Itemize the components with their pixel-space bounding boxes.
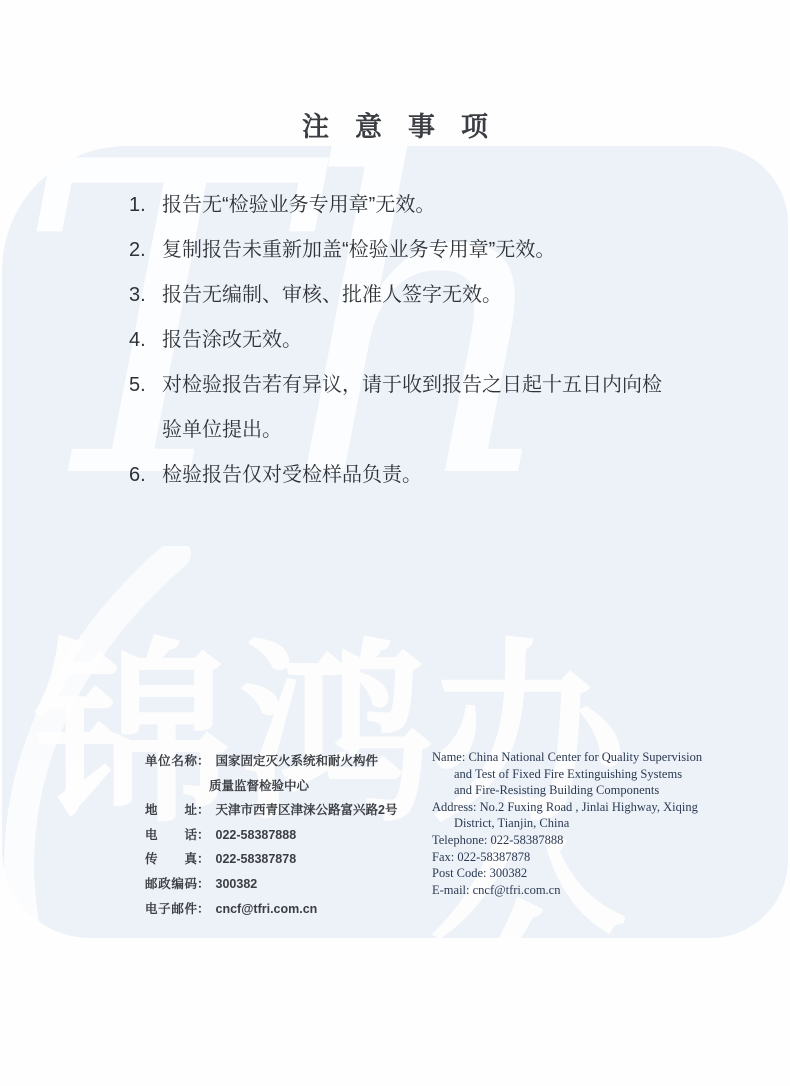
notice-list: 1. 报告无“检验业务专用章”无效。 2. 复制报告未重新加盖“检验业务专用章”… [129, 183, 669, 498]
notice-item: 6. 检验报告仅对受检样品负责。 [129, 453, 669, 498]
notice-text: 对检验报告若有异议，请于收到报告之日起十五日内向检验单位提出。 [162, 363, 669, 453]
contact-row-unit-name: 单位名称： 国家固定灭火系统和耐火构件 [145, 749, 420, 774]
contact-value: 天津市西青区津涞公路富兴路2号 [216, 798, 398, 823]
colon: ： [197, 798, 210, 823]
notice-number: 4. [129, 318, 162, 363]
notice-item: 2. 复制报告未重新加盖“检验业务专用章”无效。 [129, 228, 669, 273]
colon: ： [197, 872, 210, 897]
notice-text: 复制报告未重新加盖“检验业务专用章”无效。 [162, 228, 669, 273]
notice-text: 报告无编制、审核、批准人签字无效。 [162, 273, 669, 318]
contact-row-fax: 传真： 022-58387878 [145, 847, 420, 872]
notice-item: 4. 报告涂改无效。 [129, 318, 669, 363]
contact-row-telephone: 电话： 022-58387888 [145, 823, 420, 848]
contact-row-address: 地址： 天津市西青区津涞公路富兴路2号 [145, 798, 420, 823]
contact-label: 电话 [145, 823, 197, 848]
notice-number: 5. [129, 363, 162, 453]
contact-value: cncf@tfri.com.cn [216, 897, 318, 922]
notice-number: 1. [129, 183, 162, 228]
notice-item: 1. 报告无“检验业务专用章”无效。 [129, 183, 669, 228]
page-title: 注意事项 [0, 105, 790, 144]
contact-row-email: 电子邮件： cncf@tfri.com.cn [145, 897, 420, 922]
contact-label: 电子邮件 [145, 897, 197, 922]
report-notice-page: { "page": { "background": "#fefefe", "pa… [0, 0, 790, 1086]
colon: ： [197, 823, 210, 848]
contact-en-fax: Fax: 022-58387878 [432, 849, 762, 866]
notice-number: 2. [129, 228, 162, 273]
contact-en-address-line2: District, Tianjin, China [432, 815, 762, 832]
contact-en-name-line3: and Fire-Resisting Building Components [432, 782, 762, 799]
contact-en-address-line1: Address: No.2 Fuxing Road , Jinlai Highw… [432, 799, 762, 816]
contact-value: 质量监督检验中心 [209, 774, 309, 799]
colon: ： [197, 897, 210, 922]
contact-info-english: Name: China National Center for Quality … [432, 749, 762, 898]
contact-label: 邮政编码 [145, 872, 197, 897]
contact-en-name-line2: and Test of Fixed Fire Extinguishing Sys… [432, 766, 762, 783]
contact-row-postcode: 邮政编码： 300382 [145, 872, 420, 897]
contact-row-unit-name-cont: 质量监督检验中心 [145, 774, 420, 799]
notice-item: 3. 报告无编制、审核、批准人签字无效。 [129, 273, 669, 318]
notice-text: 检验报告仅对受检样品负责。 [162, 453, 669, 498]
contact-label: 单位名称 [145, 749, 197, 774]
notice-number: 3. [129, 273, 162, 318]
notice-text: 报告无“检验业务专用章”无效。 [162, 183, 669, 228]
contact-value: 022-58387878 [216, 847, 297, 872]
contact-value: 022-58387888 [216, 823, 297, 848]
contact-en-email: E-mail: cncf@tfri.com.cn [432, 882, 762, 899]
notice-number: 6. [129, 453, 162, 498]
contact-value: 300382 [216, 872, 258, 897]
contact-info-chinese: 单位名称： 国家固定灭火系统和耐火构件 质量监督检验中心 地址： 天津市西青区津… [145, 749, 420, 921]
contact-label: 传真 [145, 847, 197, 872]
contact-en-postcode: Post Code: 300382 [432, 865, 762, 882]
colon: ： [197, 847, 210, 872]
contact-label: 地址 [145, 798, 197, 823]
notice-text: 报告涂改无效。 [162, 318, 669, 363]
colon: ： [197, 749, 210, 774]
contact-en-name-line1: Name: China National Center for Quality … [432, 749, 762, 766]
contact-value: 国家固定灭火系统和耐火构件 [216, 749, 379, 774]
contact-en-telephone: Telephone: 022-58387888 [432, 832, 762, 849]
notice-item: 5. 对检验报告若有异议，请于收到报告之日起十五日内向检验单位提出。 [129, 363, 669, 453]
